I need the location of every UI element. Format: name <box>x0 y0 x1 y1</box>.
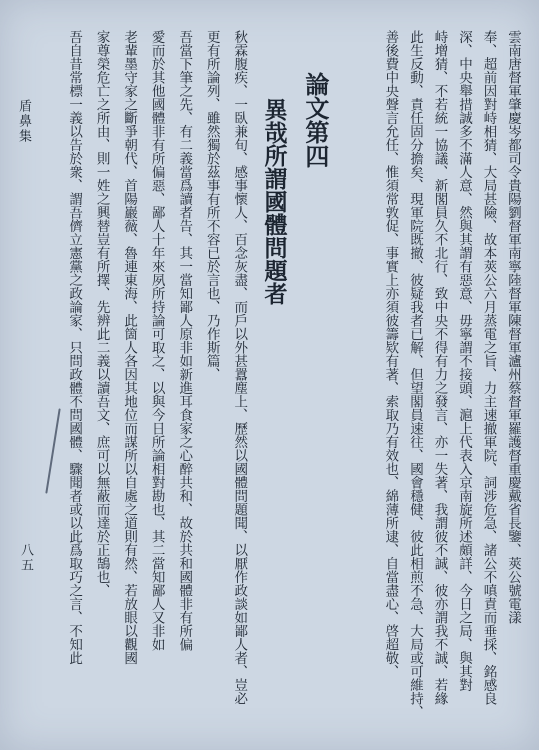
telegram-column: 峙增猜、不若統一協議、新閣員久不北行、致中央不得有力之發言、亦一失著、我謂彼不誠… <box>432 30 448 744</box>
essay-column: 家尊榮危亡之所由、則一姓之興替豈有所擇、先辨此二義以讀吾文、庶可以無蔽而達於正鵠… <box>94 30 110 744</box>
essay-column: 更有所論列、雖然獨於茲事有所不容已於言也、乃作斯篇、 <box>204 30 220 744</box>
essay-column: 吾自昔常標一義以告於衆、謂吾儕立憲黨之政論家、只問政體不問國體、驟聞者或以此爲取… <box>67 30 83 744</box>
page-text-area: 雲南唐督軍肇慶岑都司令貴陽劉督軍南寧陸督軍陳督軍瀘州蔡督軍羅護督重慶戴省長鑒、莢… <box>38 30 521 744</box>
essay-column: 愛而於其他國體非有所偏惡、鄙人十年來夙所持論可取之、以與今日所論相對勘也、其二當… <box>149 30 165 744</box>
essay-column: 秋霖腹疾、一臥兼旬、感事懷人、百念灰盡、而戶以外甚囂塵上、歷然以國體問題聞、以厭… <box>232 30 248 744</box>
telegram-column: 奉、超前因對峙相猜、大局甚險、故本莢公六月蒸電之旨、力主速撤軍院、詞涉危急、諸公… <box>481 30 497 744</box>
telegram-column: 深、中央舉措誠多不滿人意、然與其謂有惡意、毋寧謂不接頭、滬上代表入京南旋所述頗詳… <box>456 30 472 744</box>
essay-title: 異哉所謂國體問題者 <box>261 30 286 744</box>
margin-book-title: 盾鼻集 <box>15 99 34 144</box>
page-number: 八五 <box>17 543 36 573</box>
essay-column: 老輩墨守家之斷爭朝代、首陽巖薇、魯連東海、此箇人各因其地位而謀所以自處之道則有然… <box>122 30 138 744</box>
book-page: 雲南唐督軍肇慶岑都司令貴陽劉督軍南寧陸督軍陳督軍瀘州蔡督軍羅護督重慶戴省長鑒、莢… <box>0 0 539 750</box>
telegram-column: 此生反動、責任固分擔矣、現軍院既撤、彼疑我者已解、但望閣員速往、國會穩健、彼此相… <box>407 30 423 744</box>
telegram-column: 雲南唐督軍肇慶岑都司令貴陽劉督軍南寧陸督軍陳督軍瀘州蔡督軍羅護督重慶戴省長鑒、莢… <box>505 30 521 744</box>
section-heading: 論文第四 <box>301 30 327 744</box>
telegram-column: 善後費中央聲言允任、惟須常敦促、事實上亦須彼籌欵有著、索取乃有效也、綿薄所逮、自… <box>383 30 399 744</box>
essay-column: 吾當下筆之先、有二義當爲讀者告、其一當知鄙人原非如新進耳食家之心醉共和、故於共和… <box>177 30 193 744</box>
